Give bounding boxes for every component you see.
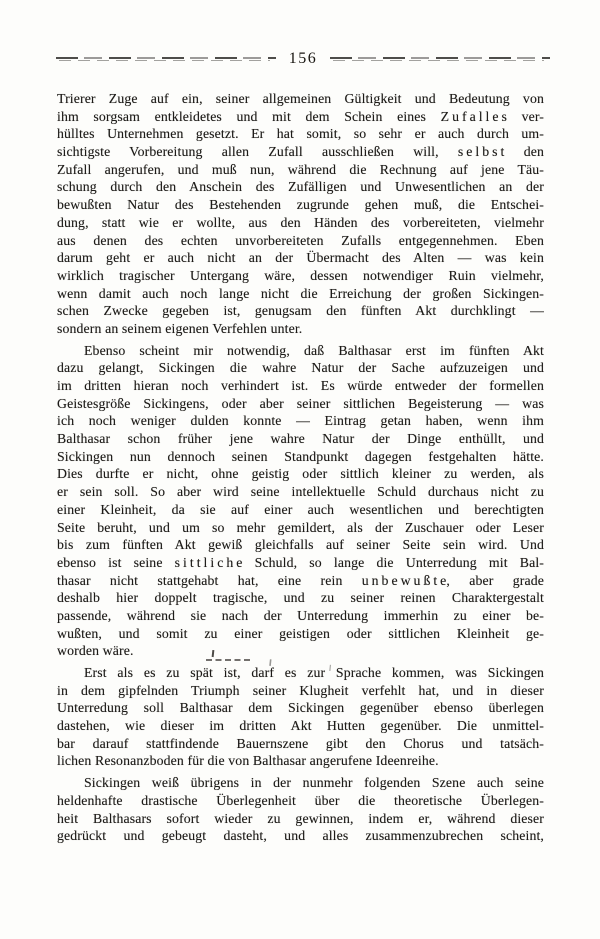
text-line: sondern an seinem eigenen Verfehlen unte… bbox=[57, 320, 544, 338]
paragraph-3: Erst als es zu spät ist, darf es zur Spr… bbox=[57, 664, 544, 770]
text-line: dazu gelangt, Sickingen die wahre Natur … bbox=[57, 359, 544, 377]
text-line: Sickingen nun dennoch seinen Standpunkt … bbox=[57, 448, 544, 466]
text-line: sichtigste Vorbereitung allen Zufall aus… bbox=[57, 143, 544, 161]
header-rule-right bbox=[330, 56, 550, 62]
text-line: Erst als es zu spät ist, darf es zur Spr… bbox=[57, 664, 544, 682]
text-line: in dem gipfelnden Triumph seiner Klughei… bbox=[57, 682, 544, 700]
text-line: Balthasar schon früher jene wahre Natur … bbox=[57, 430, 544, 448]
text-line: heldenhafte drastische Überlegenheit übe… bbox=[57, 792, 544, 810]
text-line: Seite beruht, und um so mehr gemildert, … bbox=[57, 519, 544, 537]
text-line: Ebenso scheint mir notwendig, daß Baltha… bbox=[57, 342, 544, 360]
text-line: wirklich tragischer Untergang wäre, dess… bbox=[57, 267, 544, 285]
text-line: lichen Resonanzboden für die von Balthas… bbox=[57, 752, 544, 770]
text-block: Trierer Zuge auf ein, seiner allgemeinen… bbox=[57, 90, 544, 845]
text-line: ihm sorgsam entkleidetes und mit dem Sch… bbox=[57, 108, 544, 126]
text-line: darum geht er auch nicht an der Übermach… bbox=[57, 249, 544, 267]
paragraph-4: Sickingen weiß übrigens in der nunmehr f… bbox=[57, 774, 544, 845]
text-line: bar darauf stattfindende Bauernszene gib… bbox=[57, 735, 544, 753]
text-line: ebenso ist seine s i t t l i c h e Schul… bbox=[57, 554, 544, 572]
text-line: Zufall angerufen, und muß nun, während d… bbox=[57, 161, 544, 179]
text-line: heit Balthasars sofort wieder zu gewinne… bbox=[57, 810, 544, 828]
text-line: bis zum fünften Akt gewiß gleichfalls au… bbox=[57, 536, 544, 554]
text-line: Unterredung soll Balthasar dem Sickingen… bbox=[57, 699, 544, 717]
paragraph-2: Ebenso scheint mir notwendig, daß Baltha… bbox=[57, 342, 544, 660]
text-line: Dies durfte er nicht, ohne geistig oder … bbox=[57, 465, 544, 483]
text-line: deshalb hier doppelt tragische, und zu s… bbox=[57, 589, 544, 607]
text-line: dastehen, wie dieser im dritten Akt Hutt… bbox=[57, 717, 544, 735]
page-header: 156 bbox=[56, 51, 550, 67]
text-line: Geistesgröße Sickingens, oder aber seine… bbox=[57, 395, 544, 413]
text-line: wenn damit auch noch lange nicht die Err… bbox=[57, 285, 544, 303]
text-line: passende, während sie nach der Unterredu… bbox=[57, 607, 544, 625]
text-line: er sein soll. So aber wird seine intelle… bbox=[57, 483, 544, 501]
paragraph-1: Trierer Zuge auf ein, seiner allgemeinen… bbox=[57, 90, 544, 338]
text-line: bewußten Natur des Bestehenden zugrunde … bbox=[57, 196, 544, 214]
header-rule-left bbox=[56, 56, 276, 62]
text-line: aus denen des echten unvorbereiteten Zuf… bbox=[57, 232, 544, 250]
text-line: im dritten hieran noch verhindert ist. E… bbox=[57, 377, 544, 395]
text-line: hülltes Unternehmen gesetzt. Er hat somi… bbox=[57, 125, 544, 143]
book-page: 156 Trierer Zuge auf ein, seiner allgeme… bbox=[0, 0, 600, 939]
text-line: thasar nicht stattgehabt hat, eine rein … bbox=[57, 572, 544, 590]
page-number: 156 bbox=[276, 51, 331, 67]
text-line: schen Zwecke gegeben ist, genugsam den f… bbox=[57, 302, 544, 320]
text-line: worden wäre. bbox=[57, 642, 544, 660]
text-line: dung, statt wie er wollte, aus den Hände… bbox=[57, 214, 544, 232]
text-line: gedrückt und gebeugt dasteht, und alles … bbox=[57, 827, 544, 845]
text-line: schung durch den Anschein des Zufälligen… bbox=[57, 178, 544, 196]
text-line: ich noch weniger dulden konnte — Eintrag… bbox=[57, 412, 544, 430]
text-line: wußten, und somit zu einer geistigen ode… bbox=[57, 625, 544, 643]
text-line: einer Kleinheit, da sie auf einer auch w… bbox=[57, 501, 544, 519]
text-line: Sickingen weiß übrigens in der nunmehr f… bbox=[57, 774, 544, 792]
text-line: Trierer Zuge auf ein, seiner allgemeinen… bbox=[57, 90, 544, 108]
